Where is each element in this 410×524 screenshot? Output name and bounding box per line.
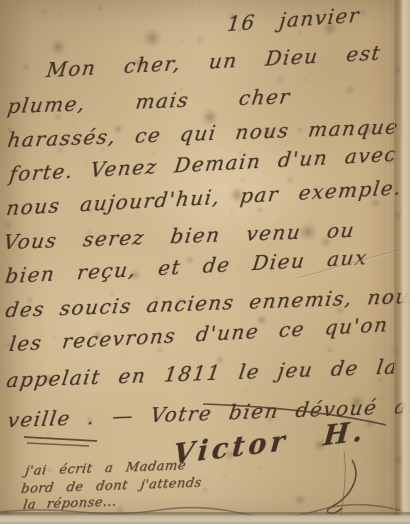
- foxing-stain: [248, 0, 251, 2]
- handwriting-line: plume, mais cher: [6, 84, 292, 118]
- veille-underline: [27, 443, 89, 446]
- veille-underline: [24, 437, 97, 441]
- postscript-line: la réponse...: [22, 495, 118, 513]
- date-line: 16 janvier: [226, 2, 361, 36]
- foxing-stain: [40, 8, 48, 16]
- foxing-stain: [360, 241, 364, 245]
- foxing-stain: [50, 39, 66, 55]
- foxing-stain: [180, 38, 185, 43]
- foxing-stain: [142, 28, 162, 48]
- letter-scan: 16 janvier Mon cher, un Dieu est plume, …: [0, 0, 410, 524]
- signature-flourish: [340, 452, 345, 520]
- foxing-stain: [256, 206, 264, 214]
- paper-sheet: 16 janvier Mon cher, un Dieu est plume, …: [0, 0, 410, 524]
- foxing-stain: [0, 214, 2, 216]
- foxing-stain: [254, 345, 257, 348]
- foxing-stain: [326, 346, 334, 354]
- foxing-stain: [276, 76, 284, 84]
- foxing-stain: [222, 144, 225, 147]
- foxing-stain: [96, 4, 104, 12]
- torn-bottom-edge: [0, 512, 410, 524]
- foxing-stain: [196, 36, 204, 44]
- foxing-stain: [46, 431, 51, 436]
- handwriting-line: Mon cher, un Dieu est: [45, 40, 383, 82]
- fold-crease-right: [388, 0, 390, 524]
- foxing-stain: [294, 494, 306, 506]
- foxing-stain: [230, 210, 233, 213]
- foxing-stain: [302, 77, 308, 83]
- foxing-stain: [243, 389, 248, 394]
- foxing-stain: [223, 473, 227, 477]
- foxing-stain: [290, 495, 293, 498]
- foxing-stain: [22, 63, 30, 71]
- postscript-line: j'ai écrit a Madame: [24, 458, 187, 479]
- foxing-stain: [23, 0, 26, 1]
- foxing-stain: [3, 220, 13, 230]
- paper-right-edge: [394, 0, 410, 524]
- foxing-stain: [345, 85, 355, 95]
- postscript-line: bord de dont j'attends: [20, 476, 203, 497]
- foxing-stain: [257, 465, 263, 471]
- signature-flourish: [327, 460, 356, 513]
- foxing-stain: [81, 454, 83, 456]
- foxing-stain: [125, 352, 127, 354]
- foxing-stain: [201, 486, 209, 494]
- foxing-stain: [57, 11, 62, 16]
- foxing-stain: [240, 178, 245, 183]
- handwriting-line: appelait en 1811 le jeu de la: [5, 354, 400, 392]
